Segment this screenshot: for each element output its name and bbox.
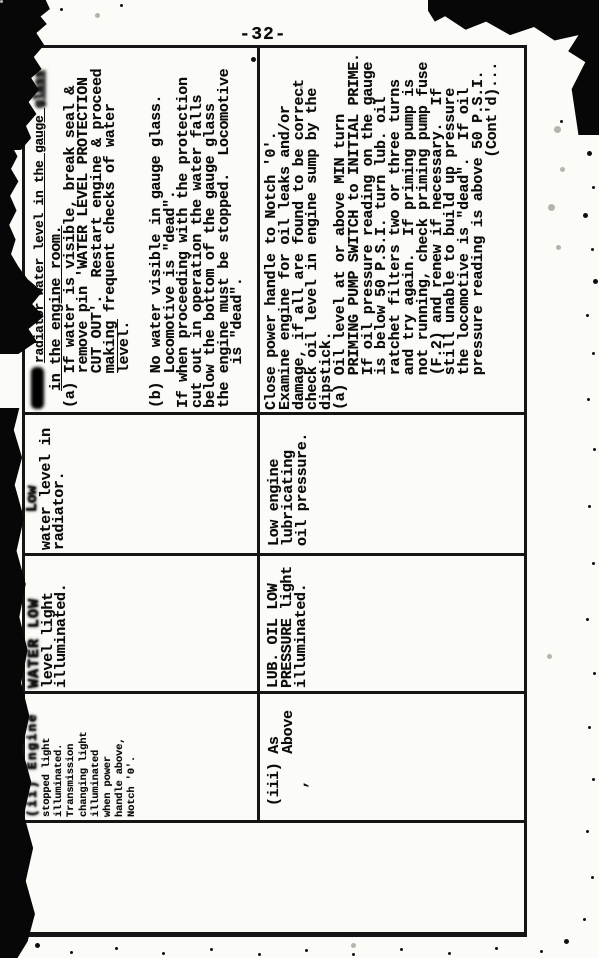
- text-line: WATER LOW: [27, 560, 42, 688]
- row-divider: [257, 45, 260, 823]
- text-line: Low: [25, 486, 40, 512]
- scanned-manual-page: -32- (ii) Engine stopped light illuminat…: [0, 0, 599, 958]
- text-line: changing light: [78, 697, 90, 817]
- text-line: illuminated.: [55, 560, 68, 688]
- column-divider-1: [22, 820, 527, 823]
- text-line: ,: [296, 698, 310, 806]
- text-line: handle above,: [114, 697, 126, 817]
- cell-action-row2: Close power handle to Notch '0'. Examine…: [265, 48, 521, 410]
- text-line: stopped light: [41, 697, 53, 817]
- text-line: Notch '0'.: [126, 697, 138, 817]
- cell-heading-line: radiator water level in the gauge glass: [30, 48, 50, 408]
- cell-symptom-row1: (ii) Engine stopped light illuminated. T…: [26, 697, 254, 817]
- column-divider-2: [22, 691, 527, 694]
- cell-empty-column: [26, 827, 520, 931]
- cell-indication-row1: WATER LOW level light illuminated.: [27, 560, 253, 688]
- text-line: illuminated.: [53, 697, 65, 817]
- scan-speckles-faint: [0, 0, 3, 3]
- text-line: oil pressure.: [296, 418, 310, 546]
- cell-indication-row2: LUB. OIL LOW PRESSURE light illuminated.: [267, 560, 519, 688]
- cell-cause-row2: Low engine lubricating oil pressure.: [268, 418, 520, 546]
- text-line: illuminated.: [295, 560, 309, 688]
- column-divider-3: [22, 553, 527, 556]
- ink-blot: [32, 368, 43, 408]
- cell-symptom-row2: (iii) As Above ,: [268, 698, 520, 806]
- text-line: is "dead".: [231, 48, 245, 408]
- text-line: (Cont'd)...: [486, 48, 500, 410]
- text-line: level.: [118, 48, 132, 408]
- fault-table-rotated: (ii) Engine stopped light illuminated. T…: [22, 45, 527, 937]
- text-line: when power: [102, 697, 114, 817]
- text-line: illuminated: [90, 697, 102, 817]
- cell-cause-row1: Low water level in radiator.: [25, 418, 253, 550]
- cell-action-row1: radiator water level in the gauge glass …: [30, 48, 254, 408]
- text-line: making frequent checks of water: [104, 48, 118, 408]
- text-line: Transmission: [65, 697, 77, 817]
- column-divider-4: [22, 412, 527, 415]
- page-number: -32-: [231, 25, 295, 45]
